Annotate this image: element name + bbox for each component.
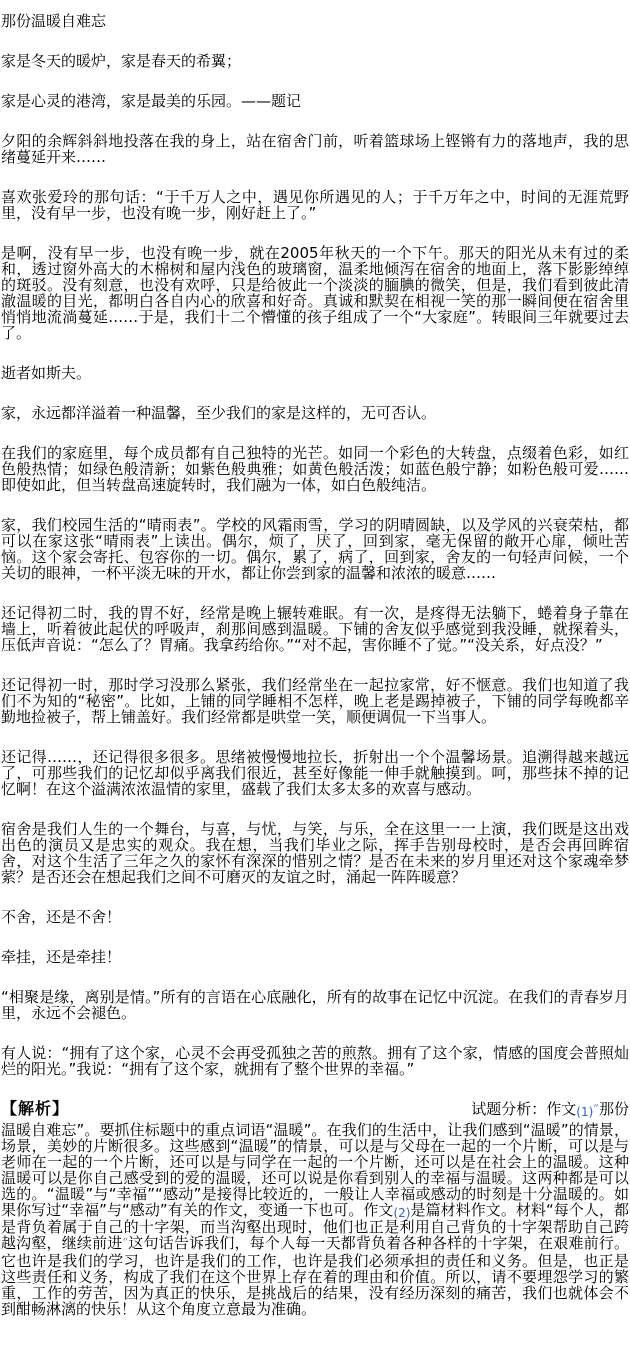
analysis-body: 温暖自难忘”。要抓住标题中的重点词语“温暖”。在我们的生活中，让我们感到“温暖”… [1, 1122, 629, 1317]
document-page: 那份温暖自难忘 家是冬天的暖炉，家是春天的希翼； 家是心灵的港湾，家是最美的乐园… [0, 0, 630, 1347]
analysis-section: 【解析】 试题分析：作文(1)“那份 温暖自难忘”。要抓住标题中的重点词语“温暖… [1, 1101, 629, 1317]
essay-paragraph: 夕阳的余辉斜斜地投落在我的身上，站在宿舍门前，听着篮球场上铿锵有力的落地声，我的… [1, 133, 629, 165]
analysis-ref-2-link[interactable]: (2) [393, 1206, 410, 1220]
essay-paragraph: 在我们的家庭里，每个成员都有自己独特的光芒。如同一个彩色的大转盘，点缀着色彩，如… [1, 445, 629, 493]
essay-paragraph: 家，永远都洋溢着一种温馨，至少我们的家是这样的，无可否认。 [1, 405, 629, 421]
essay-paragraph: “相聚是缘，离别是情。”所有的言语在心底融化，所有的故事在记忆中沉淀。在我们的青… [1, 989, 629, 1021]
analysis-label: 【解析】 [1, 1101, 69, 1117]
essay-paragraph: 不舍，还是不舍！ [1, 909, 629, 925]
essay-paragraph: 宿舍是我们人生的一个舞台，与喜，与忧，与笑，与乐，全在这里一一上演，我们既是这出… [1, 821, 629, 885]
essay-paragraph: 家，我们校园生活的“晴雨表”。学校的风霜雨雪，学习的阴晴圆缺，以及学风的兴衰荣枯… [1, 517, 629, 581]
analysis-intro: 试题分析：作文(1)“那份 [471, 1101, 629, 1119]
essay-paragraph: 是啊，没有早一步，也没有晚一步，就在2005年秋天的一个下午。那天的阳光从未有过… [1, 245, 629, 341]
essay-paragraph: 还记得……，还记得很多很多。思绪被慢慢地拉长，折射出一个个温馨场景。追溯得越来越… [1, 749, 629, 797]
analysis-ref-1-link[interactable]: (1) [576, 1105, 593, 1119]
essay-paragraph: 逝者如斯夫。 [1, 365, 629, 381]
essay-title: 那份温暖自难忘 [1, 13, 629, 29]
analysis-intro-text: 试题分析：作文 [471, 1100, 576, 1118]
analysis-header-line: 【解析】 试题分析：作文(1)“那份 [1, 1101, 629, 1119]
essay-paragraph: 还记得初二时，我的胃不好，经常是晚上辗转难眠。有一次，是疼得无法躺下，蜷着身子靠… [1, 605, 629, 653]
essay-paragraph: 有人说：“拥有了这个家，心灵不会再受孤独之苦的煎熬。拥有了这个家，情感的国度会普… [1, 1045, 629, 1077]
essay-paragraph: 喜欢张爱玲的那句话：“于千万人之中，遇见你所遇见的人；于千万年之中，时间的无涯荒… [1, 189, 629, 221]
analysis-small-close-quote: ” [122, 1236, 128, 1249]
analysis-small-open-quote: “ [593, 1102, 599, 1115]
analysis-intro-tail: 那份 [599, 1100, 629, 1118]
essay-paragraph: 牵挂，还是牵挂！ [1, 949, 629, 965]
essay-paragraph-epigraph-2: 家是心灵的港湾，家是最美的乐园。——题记 [1, 93, 629, 109]
essay-paragraph: 还记得初一时，那时学习没那么紧张，我们经常坐在一起拉家常，好不惬意。我们也知道了… [1, 677, 629, 725]
essay-paragraph-epigraph-1: 家是冬天的暖炉，家是春天的希翼； [1, 53, 629, 69]
